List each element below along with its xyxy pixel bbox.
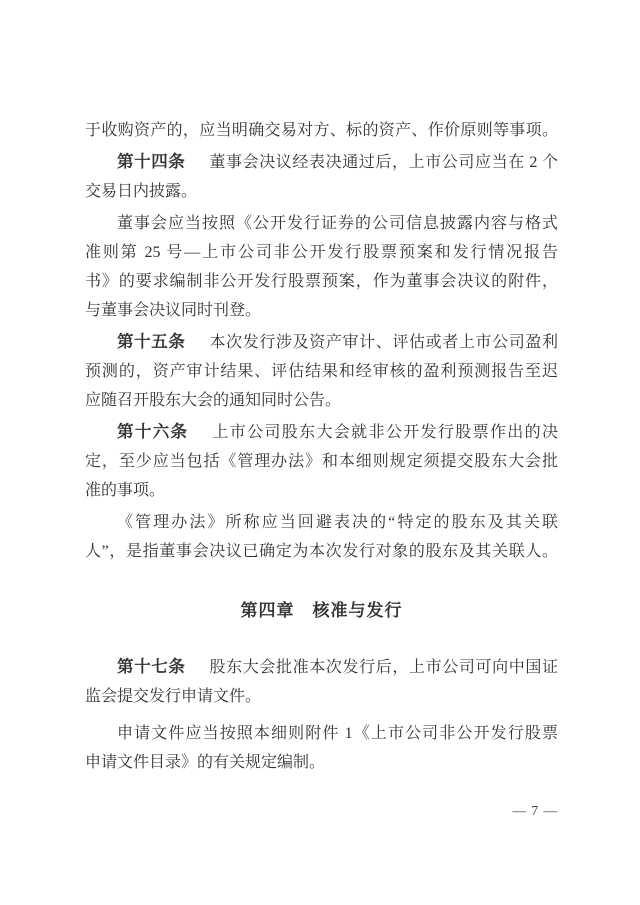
article-paragraph: 第十七条股东大会批准本次发行后，上市公司可向中国证监会提交发行申请文件。 [85,653,558,711]
body-paragraph: 董事会应当按照《公开发行证券的公司信息披露内容与格式准则第 25 号—上市公司非… [85,209,558,325]
text-line: 第十七条股东大会批准本次发行后，上市公司可向中国证 [85,653,558,682]
body-paragraph: 《管理办法》所称应当回避表决的“特定的股东及其关联人”，是指董事会决议已确定为本… [85,508,558,566]
chapter-heading: 第四章 核准与发行 [85,596,558,625]
text-line: 第十四条董事会决议经表决通过后，上市公司应当在 2 个 [85,148,558,177]
body-paragraph: 申请文件应当按照本细则附件 1《上市公司非公开发行股票申请文件目录》的有关规定编… [85,719,558,777]
text-line: 与董事会决议同时刊登。 [85,296,558,325]
text-line: 准的事项。 [85,476,558,505]
text-line: 应随召开股东大会的通知同时公告。 [85,386,558,415]
text-line: 预测的，资产审计结果、评估结果和经审核的盈利预测报告至迟 [85,357,558,386]
article-paragraph: 第十五条本次发行涉及资产审计、评估或者上市公司盈利预测的，资产审计结果、评估结果… [85,328,558,415]
text-line: 交易日内披露。 [85,177,558,206]
article-paragraph: 第十六条上市公司股东大会就非公开发行股票作出的决定，至少应当包括《管理办法》和本… [85,418,558,505]
page-number: — 7 — [85,801,558,821]
text-line: 定，至少应当包括《管理办法》和本细则规定须提交股东大会批 [85,447,558,476]
text-line: 书》的要求编制非公开发行股票预案，作为董事会决议的附件， [85,267,558,296]
article-paragraph: 第十四条董事会决议经表决通过后，上市公司应当在 2 个交易日内披露。 [85,148,558,206]
article-number: 第十六条 [117,423,188,441]
text-line: 董事会应当按照《公开发行证券的公司信息披露内容与格式 [85,209,558,238]
paragraphs-container: 于收购资产的，应当明确交易对方、标的资产、作价原则等事项。第十四条董事会决议经表… [85,116,558,777]
document-page: 于收购资产的，应当明确交易对方、标的资产、作价原则等事项。第十四条董事会决议经表… [0,0,640,905]
text-line: 监会提交发行申请文件。 [85,682,558,711]
text-line: 申请文件应当按照本细则附件 1《上市公司非公开发行股票 [85,719,558,748]
text-line: 申请文件目录》的有关规定编制。 [85,748,558,777]
article-number: 第十四条 [117,153,185,171]
text-line: 第十五条本次发行涉及资产审计、评估或者上市公司盈利 [85,328,558,357]
document-body: 于收购资产的，应当明确交易对方、标的资产、作价原则等事项。第十四条董事会决议经表… [85,116,558,821]
text-line: 准则第 25 号—上市公司非公开发行股票预案和发行情况报告 [85,238,558,267]
article-number: 第十五条 [117,333,186,351]
article-number: 第十七条 [117,658,186,676]
body-paragraph: 于收购资产的，应当明确交易对方、标的资产、作价原则等事项。 [85,116,558,145]
text-line: 于收购资产的，应当明确交易对方、标的资产、作价原则等事项。 [85,116,558,145]
text-line: 第十六条上市公司股东大会就非公开发行股票作出的决 [85,418,558,447]
text-line: 《管理办法》所称应当回避表决的“特定的股东及其关联 [85,508,558,537]
text-line: 人”，是指董事会决议已确定为本次发行对象的股东及其关联人。 [85,537,558,566]
